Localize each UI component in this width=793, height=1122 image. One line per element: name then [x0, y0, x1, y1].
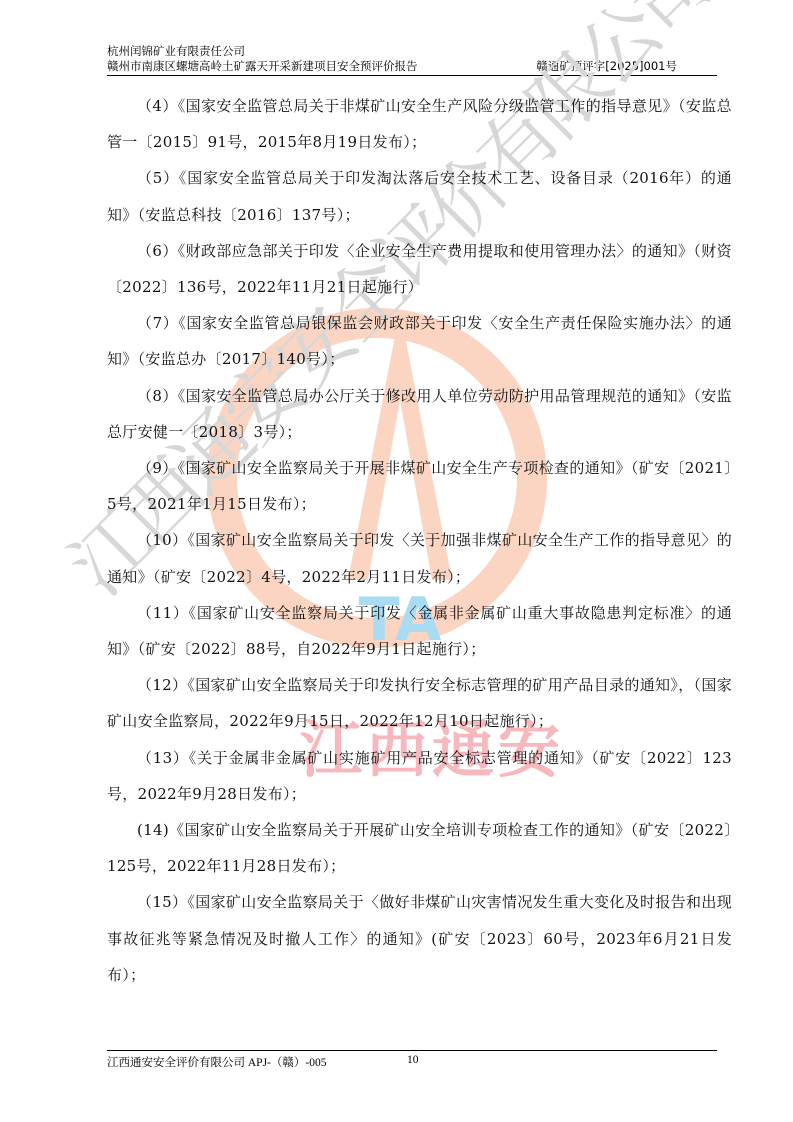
header-doc-number: 赣通矿预评字[2025]001号 — [536, 59, 677, 74]
reference-item: （6）《财政部应急部关于印发〈企业安全生产费用提取和使用管理办法〉的通知》（财资… — [107, 233, 732, 305]
reference-item: (14)《国家矿山安全监察局关于开展矿山安全培训专项检查工作的通知》（矿安〔20… — [107, 812, 732, 884]
page-number: 10 — [407, 1054, 419, 1066]
page-header: 杭州闰锦矿业有限责任公司 赣州市南康区螺塘高岭土矿露天开采新建项目安全预评价报告… — [107, 44, 717, 76]
reference-item: （10）《国家矿山安全监察局关于印发〈关于加强非煤矿山安全生产工作的指导意见〉的… — [107, 522, 732, 594]
reference-item: （8）《国家安全监管总局办公厅关于修改用人单位劳动防护用品管理规范的通知》（安监… — [107, 378, 732, 450]
reference-item: （12）《国家矿山安全监察局关于印发执行安全标志管理的矿用产品目录的通知》，（国… — [107, 667, 732, 739]
header-title-row: 赣州市南康区螺塘高岭土矿露天开采新建项目安全预评价报告 赣通矿预评字[2025]… — [107, 59, 717, 76]
reference-item: （7）《国家安全监管总局银保监会财政部关于印发〈安全生产责任保险实施办法〉的通知… — [107, 305, 732, 377]
reference-item: （4）《国家安全监管总局关于非煤矿山安全生产风险分级监管工作的指导意见》（安监总… — [107, 88, 732, 160]
reference-item: （15）《国家矿山安全监察局关于〈做好非煤矿山灾害情况发生重大变化及时报告和出现… — [107, 884, 732, 993]
document-body: （4）《国家安全监管总局关于非煤矿山安全生产风险分级监管工作的指导意见》（安监总… — [107, 88, 732, 993]
footer-company-code: 江西通安安全评价有限公司 APJ-（赣）-005 — [107, 1057, 326, 1069]
page-footer: 江西通安安全评价有限公司 APJ-（赣）-005 10 — [107, 1050, 717, 1070]
header-report-title: 赣州市南康区螺塘高岭土矿露天开采新建项目安全预评价报告 — [107, 59, 418, 74]
reference-item: （13）《关于金属非金属矿山实施矿用产品安全标志管理的通知》（矿安〔2022〕1… — [107, 740, 732, 812]
header-company: 杭州闰锦矿业有限责任公司 — [107, 44, 717, 59]
reference-item: （5）《国家安全监管总局关于印发淘汰落后安全技术工艺、设备目录（2016年）的通… — [107, 160, 732, 232]
reference-item: （9）《国家矿山安全监察局关于开展非煤矿山安全生产专项检查的通知》（矿安〔202… — [107, 450, 732, 522]
reference-item: （11）《国家矿山安全监察局关于印发〈金属非金属矿山重大事故隐患判定标准〉的通知… — [107, 595, 732, 667]
